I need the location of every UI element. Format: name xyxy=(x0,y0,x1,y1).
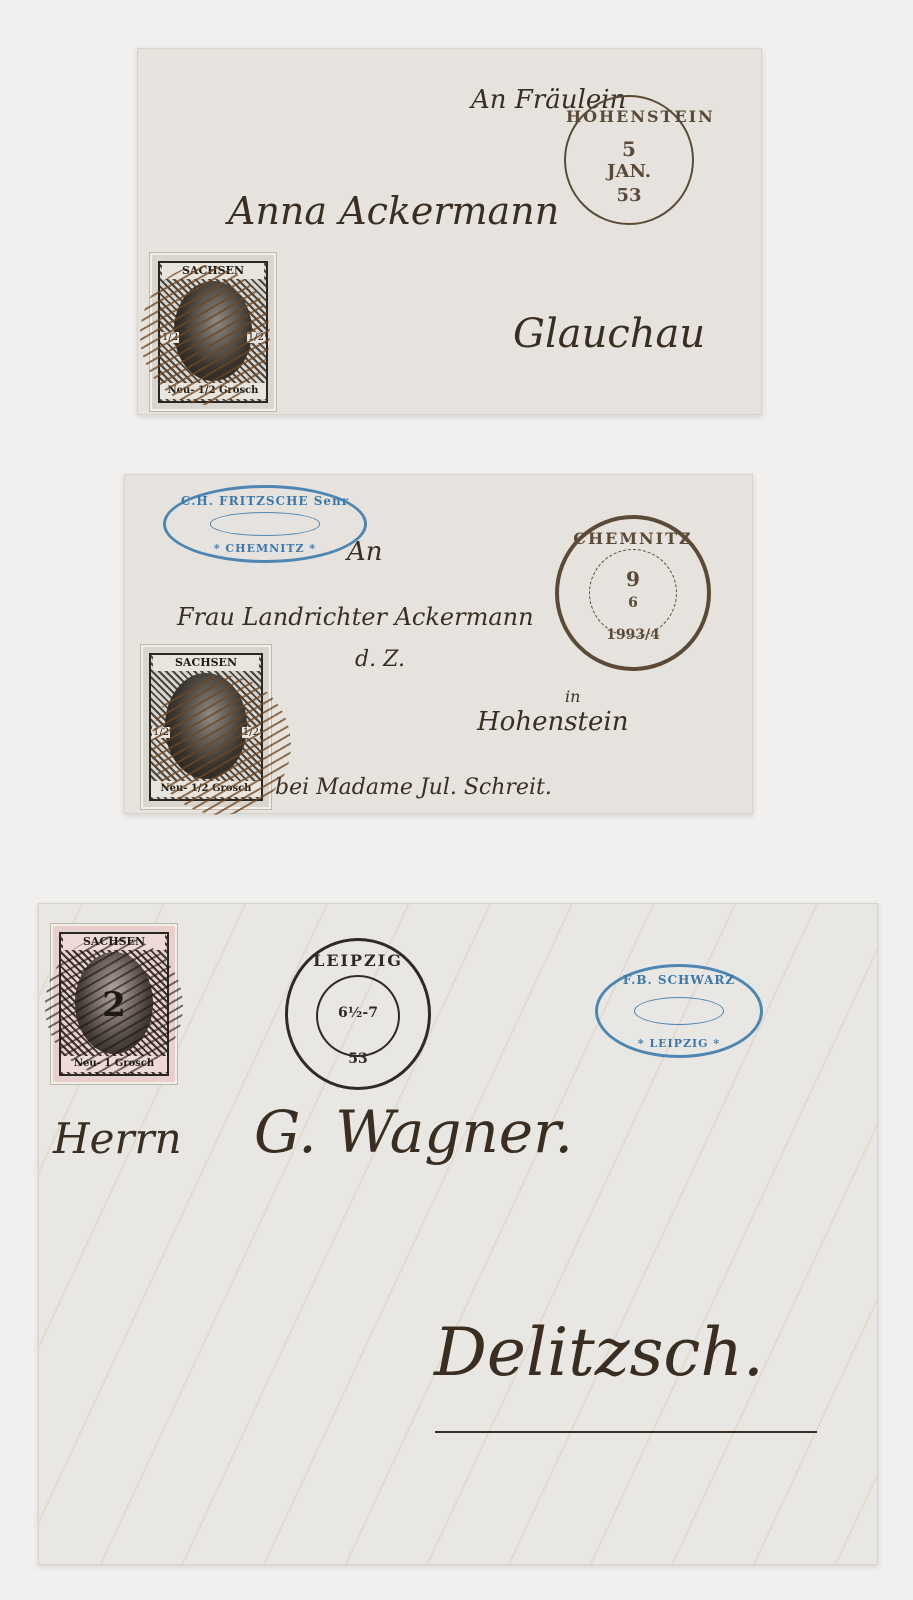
postmark-town: CHEMNITZ xyxy=(559,529,707,548)
postal-cover-1: An Fräulein Anna Ackermann Glauchau HOHE… xyxy=(137,48,762,415)
grid-cancel xyxy=(45,936,183,1076)
sender-stamp-top: F.B. SCHWARZ xyxy=(598,973,760,987)
address-salutation: An xyxy=(347,537,383,567)
postmark-year: 1993/4 xyxy=(559,627,707,643)
sachsen-stamp-half-groschen: SACHSEN 1/2 1/2 Neu- 1/2 Grosch xyxy=(141,645,271,809)
grid-cancel xyxy=(151,675,291,815)
postal-cover-3: SACHSEN 2 Neu- 1 Grosch LEIPZIG 6½-7 53 … xyxy=(38,903,878,1565)
postmark-month: 6 xyxy=(559,595,707,611)
sachsen-stamp-one-groschen: SACHSEN 2 Neu- 1 Grosch xyxy=(51,924,177,1084)
postmark-month: JAN. xyxy=(566,161,692,182)
grid-cancel xyxy=(140,265,270,405)
postmark-day: 9 xyxy=(559,567,707,591)
address-care-of: bei Madame Jul. Schreit. xyxy=(275,775,552,800)
address-town: Glauchau xyxy=(513,311,705,357)
postmark-town: HOHENSTEIN xyxy=(566,107,692,126)
address-underline xyxy=(435,1431,817,1433)
postmark-year: 53 xyxy=(566,185,692,206)
sender-stamp-schwarz: F.B. SCHWARZ * LEIPZIG * xyxy=(595,964,763,1058)
address-note: d. Z. xyxy=(355,647,405,672)
address-name: Frau Landrichter Ackermann xyxy=(177,603,534,631)
postmark-leipzig: LEIPZIG 6½-7 53 xyxy=(285,938,431,1090)
postal-cover-2: C.H. FRITZSCHE Senr * CHEMNITZ * An Frau… xyxy=(124,474,753,814)
postmark-day: 5 xyxy=(566,137,692,161)
sender-stamp-fritzsche: C.H. FRITZSCHE Senr * CHEMNITZ * xyxy=(163,485,367,563)
sender-stamp-bottom: * LEIPZIG * xyxy=(598,1037,760,1050)
sender-stamp-top: C.H. FRITZSCHE Senr xyxy=(166,494,364,508)
postmark-chemnitz: CHEMNITZ 9 6 1993/4 xyxy=(555,515,711,671)
address-town: Hohenstein xyxy=(477,707,628,737)
sender-stamp-bottom: * CHEMNITZ * xyxy=(166,542,364,555)
postmark-town: LEIPZIG xyxy=(288,951,428,970)
address-in: in xyxy=(565,687,580,706)
address-town: Delitzsch. xyxy=(434,1314,764,1391)
address-name: G. Wagner. xyxy=(254,1098,573,1166)
sachsen-stamp-half-groschen: SACHSEN 1/2 1/2 Neu- 1/2 Grosch xyxy=(150,253,276,411)
stamp-country: SACHSEN xyxy=(153,655,259,671)
postmark-year: 53 xyxy=(288,1051,428,1067)
address-name: Anna Ackermann xyxy=(228,189,559,233)
postmark-time: 6½-7 xyxy=(288,1005,428,1021)
postmark-hohenstein: HOHENSTEIN 5 JAN. 53 xyxy=(564,95,694,225)
address-salutation: Herrn xyxy=(53,1114,182,1163)
